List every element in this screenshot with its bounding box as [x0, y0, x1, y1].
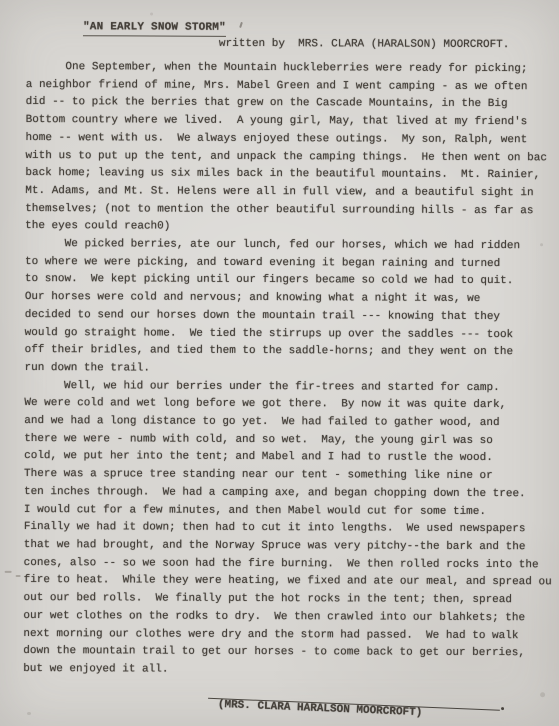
paper-speck [27, 712, 31, 715]
paragraph-2: We picked berries, ate our lunch, fed ou… [24, 236, 558, 380]
byline: written by MRS. CLARA (HARALSON) MOORCRO… [219, 38, 510, 51]
document-title: "AN EARLY SNOW STORM" [83, 21, 226, 37]
paper-speck [540, 243, 543, 246]
page: "AN EARLY SNOW STORM" written by MRS. CL… [0, 0, 559, 726]
paragraph-3: Well, we hid our berries under the fir-t… [23, 378, 557, 681]
paper-speck [150, 13, 153, 16]
paper-speck [5, 571, 12, 573]
signature-line-period [501, 707, 504, 710]
paragraph-1: One September, when the Mountain huckleb… [25, 59, 559, 238]
paper-speck [16, 575, 21, 577]
document: "AN EARLY SNOW STORM" written by MRS. CL… [0, 0, 559, 726]
document-body: One September, when the Mountain huckleb… [23, 59, 559, 681]
paper-speck [239, 22, 243, 28]
paper-speck [540, 692, 545, 697]
